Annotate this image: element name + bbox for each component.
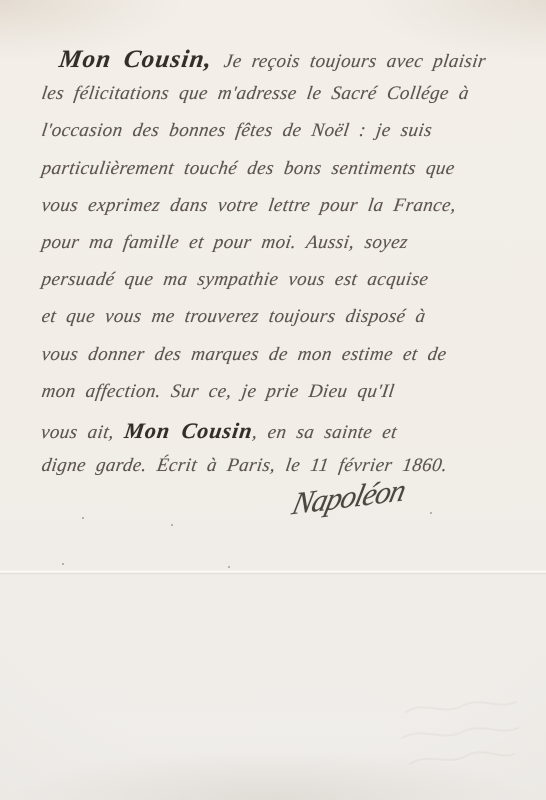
salutation: Mon Cousin,	[57, 46, 214, 73]
paper-speck	[430, 512, 432, 514]
ink-show-through	[394, 682, 524, 782]
closing-pre: vous ait,	[40, 422, 116, 443]
body-line: les félicitations que m'adresse le Sacré…	[38, 83, 535, 120]
closing-line: vous ait, Mon Cousin, en sa sainte et	[38, 418, 535, 455]
body-line: et que vous me trouverez toujours dispos…	[38, 306, 535, 343]
body-line: mon affection. Sur ce, je prie Dieu qu'I…	[38, 381, 535, 418]
closing-salutation: Mon Cousin	[123, 418, 255, 443]
body-line: persuadé que ma sympathie vous est acqui…	[38, 269, 535, 306]
body-line: vous exprimez dans votre lettre pour la …	[38, 195, 535, 232]
body-line: pour ma famille et pour moi. Aussi, soye…	[38, 232, 535, 269]
paper-speck	[82, 517, 84, 519]
body-line: l'occasion des bonnes fêtes de Noël : je…	[38, 120, 535, 157]
body-line: vous donner des marques de mon estime et…	[38, 344, 535, 381]
fold-crease	[0, 570, 546, 575]
paper-speck	[62, 563, 64, 565]
closing-post: , en sa sainte et	[251, 422, 398, 443]
opening-line: Mon Cousin,Je reçois toujours avec plais…	[38, 46, 535, 83]
letter-page: Mon Cousin,Je reçois toujours avec plais…	[0, 0, 546, 800]
opening-text: Je reçois toujours avec plaisir	[223, 51, 488, 72]
body-line: particulièrement touché des bons sentime…	[38, 158, 535, 195]
paper-speck	[228, 566, 230, 568]
paper-speck	[171, 524, 173, 526]
letter-body: Mon Cousin,Je reçois toujours avec plais…	[38, 46, 530, 492]
